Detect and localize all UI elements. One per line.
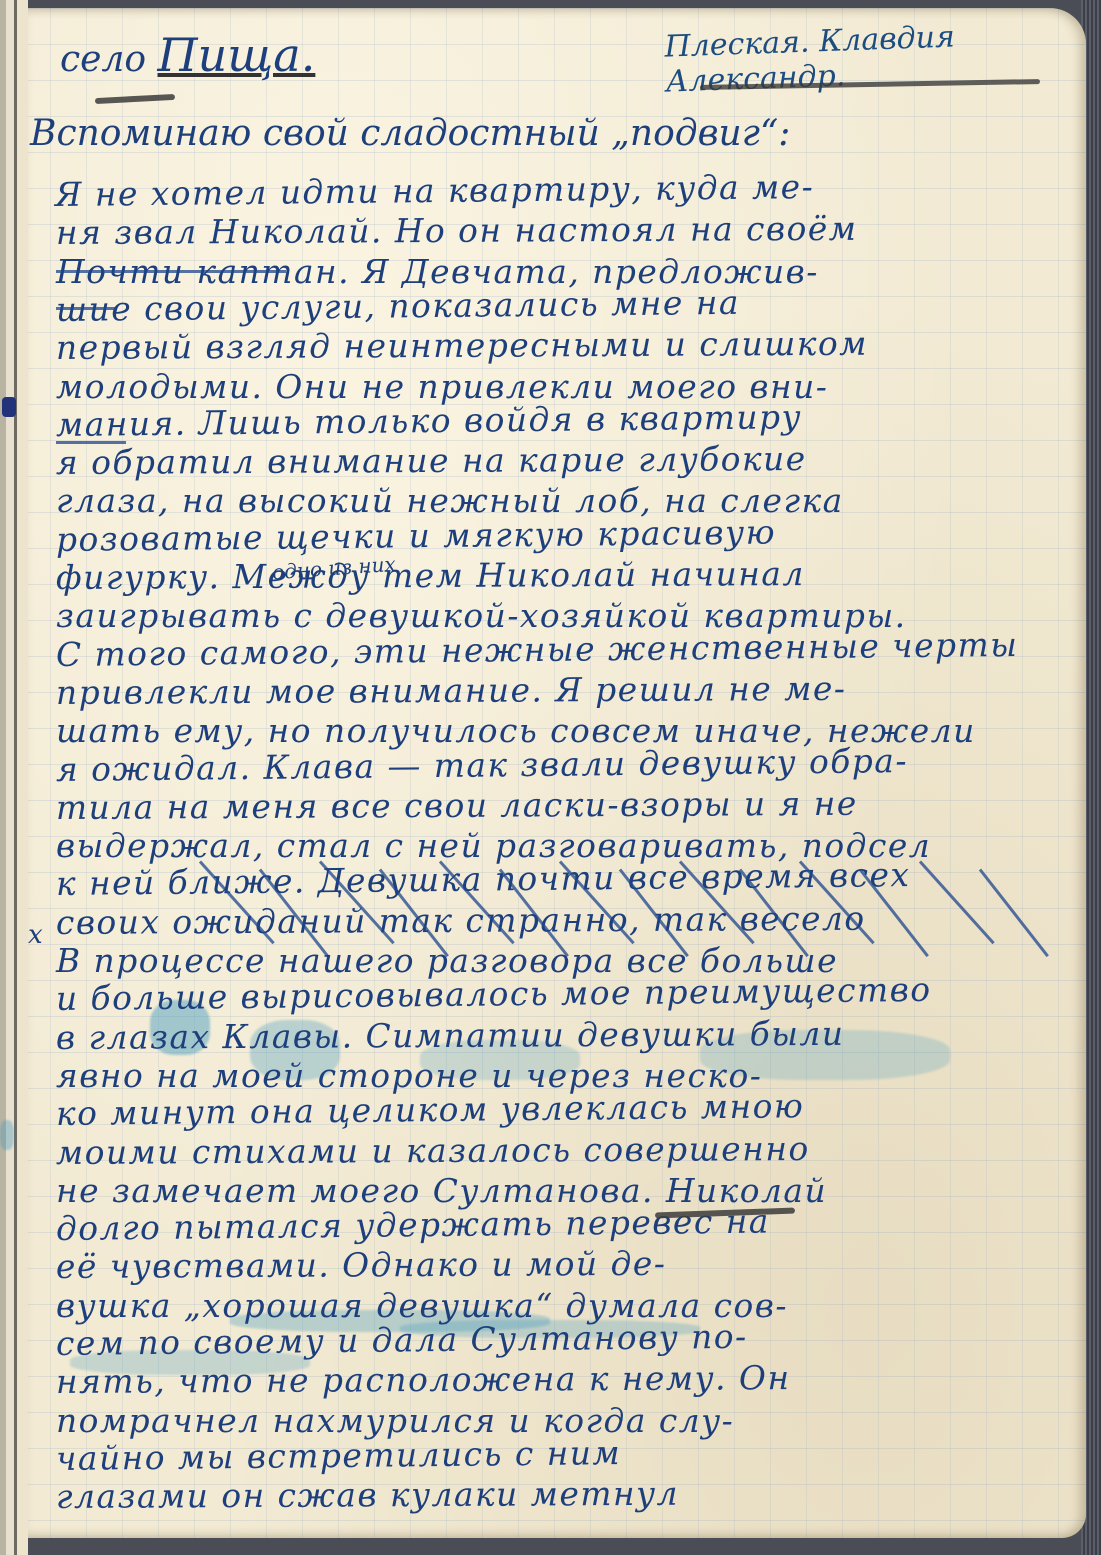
diary-line: привлекли мое внимание. Я решил не ме- (56, 668, 1066, 713)
notebook-binding (0, 0, 28, 1555)
strikethrough-stroke (56, 307, 116, 310)
diary-line: я обратил внимание на карие глубокие (56, 438, 1066, 483)
diary-line: нять, что не расположена к нему. Он (56, 1357, 1066, 1402)
village-prefix: село (60, 39, 146, 80)
diary-line: глазами он сжав кулаки метнул (56, 1472, 1066, 1517)
ink-blot (0, 1120, 14, 1150)
diary-line: в глазах Клавы. Симпатии девушки были (56, 1012, 1066, 1057)
diary-line: фигурку. Между тем Николай начинал (56, 553, 1066, 598)
diary-line: первый взгляд неинтересными и слишком (56, 323, 1066, 368)
entry-title: Вспоминаю свой сладостный „подвиг“: (30, 113, 790, 154)
village-heading: село Пища. (60, 28, 315, 82)
diary-line: моими стихами и казалось совершенно (56, 1127, 1066, 1172)
diary-line: ня звал Николай. Но он настоял на своём (56, 208, 1066, 253)
margin-mark: х (28, 920, 43, 950)
binding-thread (2, 397, 16, 417)
village-name: Пища. (158, 28, 316, 82)
strikethrough-stroke (56, 270, 286, 273)
strikethrough-stroke (56, 441, 126, 444)
diary-line: тила на меня все свои ласки-взоры и я не (56, 783, 1066, 828)
diary-line: её чувствами. Однако и мой де- (56, 1242, 1066, 1287)
